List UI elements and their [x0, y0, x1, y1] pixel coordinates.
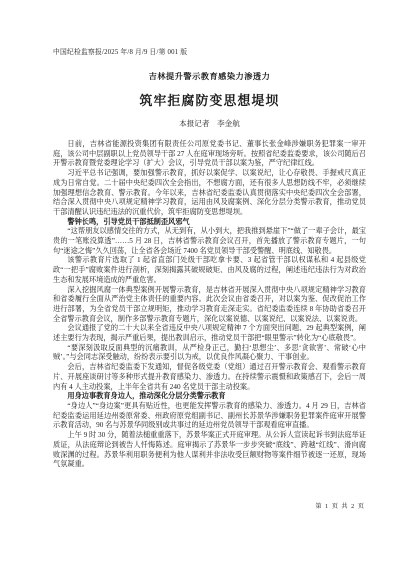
article-content: 中国纪检监察报/2025 年/8 月/9 日/第 001 版 吉林提升警示教育感…: [53, 48, 366, 470]
article-kicker: 吉林提升警示教育感染力渗透力: [53, 71, 366, 82]
masthead: 中国纪检监察报/2025 年/8 月/9 日/第 001 版: [53, 48, 366, 57]
document-page: 中国纪检监察报/2025 年/8 月/9 日/第 001 版 吉林提升警示教育感…: [0, 0, 410, 580]
byline: 本报记者 李金航: [53, 118, 366, 129]
paragraph: 上午 9 时 30 分，随着法槌重重落下，苏景华案正式开庭审理。从公诉人宣读起诉…: [53, 431, 366, 470]
paragraph: 日前，吉林省能源投资集团有限责任公司原党委书记、董事长张金峰涉嫌职务犯罪案一审开…: [53, 140, 366, 169]
article-body: 日前，吉林省能源投资集团有限责任公司原党委书记、董事长张金峰涉嫌职务犯罪案一审开…: [53, 140, 366, 470]
section-heading: 用身边事教育身边人，推动深化分层分类警示教育: [53, 392, 366, 402]
section-heading: 警钟长鸣，引导党员干部抵制歪风邪气: [53, 218, 366, 228]
paragraph: “身边人”“身边案”更具有贴近性，也更能发挥警示教育的感染力、渗透力。4 月 2…: [53, 402, 366, 431]
paragraph: 该警示教育片选取了 1 起省直部门处级干部吃拿卡要、3 起省管干部以权谋私和 4…: [53, 256, 366, 285]
paragraph: 会议通报了党的二十大以来全省违反中央八项规定精神 7 个方面突出问题、29 起典…: [53, 324, 366, 343]
paragraph: “要深刻汲取反面典型的沉痛教训，从严检身正己，勤扫‘思想尘’、多思‘贪欲害’、常…: [53, 344, 366, 363]
paragraph: 会后，吉林省纪委监委下发通知，督促各级党委（党组）通过召开警示教育会、观看警示教…: [53, 363, 366, 392]
paragraph: 深入挖掘风腐一体典型案例开展警示教育，是吉林省开展深入贯彻中央八项规定精神学习教…: [53, 286, 366, 325]
article-title: 筑牢拒腐防变思想堤坝: [53, 90, 366, 109]
page-number: 第 1 页 共 2 页: [315, 501, 365, 510]
paragraph: “这帮朋友以感情交往的方式，从无到有，从小到大，把我推到悬崖下”“做了一辈子会计…: [53, 227, 366, 256]
paragraph: 习近平总书记强调，要加强警示教育，抓好以案促学、以案说纪，让心存敬畏、手握戒尺真…: [53, 169, 366, 218]
